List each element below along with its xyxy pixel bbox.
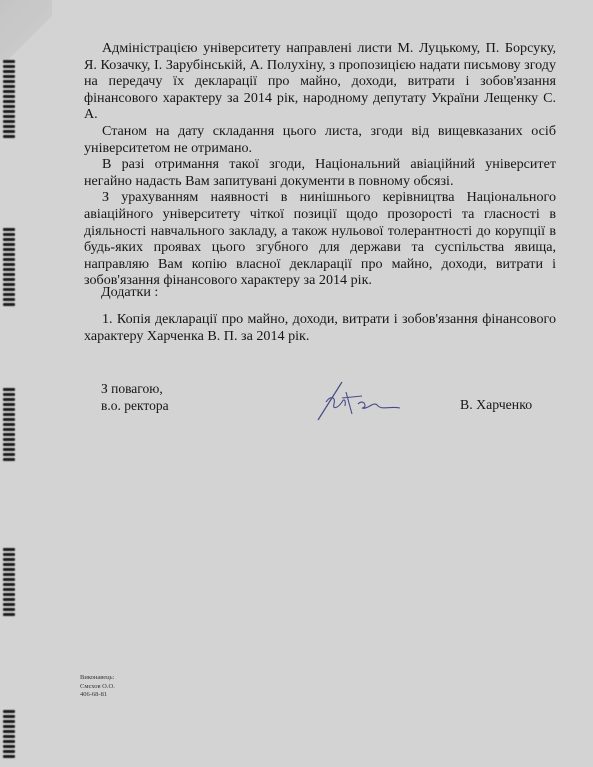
paragraph: З урахуванням наявності в нинішнього кер… bbox=[84, 189, 556, 289]
attachments-heading: Додатки : bbox=[101, 284, 158, 301]
paragraph: Станом на дату складання цього листа, зг… bbox=[84, 123, 556, 156]
executor-phone: 406-68-81 bbox=[80, 691, 115, 700]
scan-edge-marks bbox=[3, 0, 17, 767]
closing-block: З повагою, в.о. ректора bbox=[101, 380, 169, 414]
executor-name: Смєхов О.О. bbox=[80, 683, 115, 692]
attachment-item: 1. Копія декларації про майно, доходи, в… bbox=[84, 311, 556, 344]
executor-label: Виконавець: bbox=[80, 674, 115, 683]
signer-name: В. Харченко bbox=[460, 397, 532, 413]
paragraph: Адміністрацією університету направлені л… bbox=[84, 40, 556, 123]
executor-block: Виконавець: Смєхов О.О. 406-68-81 bbox=[80, 674, 115, 700]
handwritten-signature bbox=[312, 378, 402, 423]
scanned-page: Адміністрацією університету направлені л… bbox=[0, 0, 593, 767]
closing-title: в.о. ректора bbox=[101, 397, 169, 414]
paragraph: В разі отримання такої згоди, Національн… bbox=[84, 156, 556, 189]
closing-salutation: З повагою, bbox=[101, 380, 169, 397]
letter-body: Адміністрацією університету направлені л… bbox=[84, 40, 556, 289]
